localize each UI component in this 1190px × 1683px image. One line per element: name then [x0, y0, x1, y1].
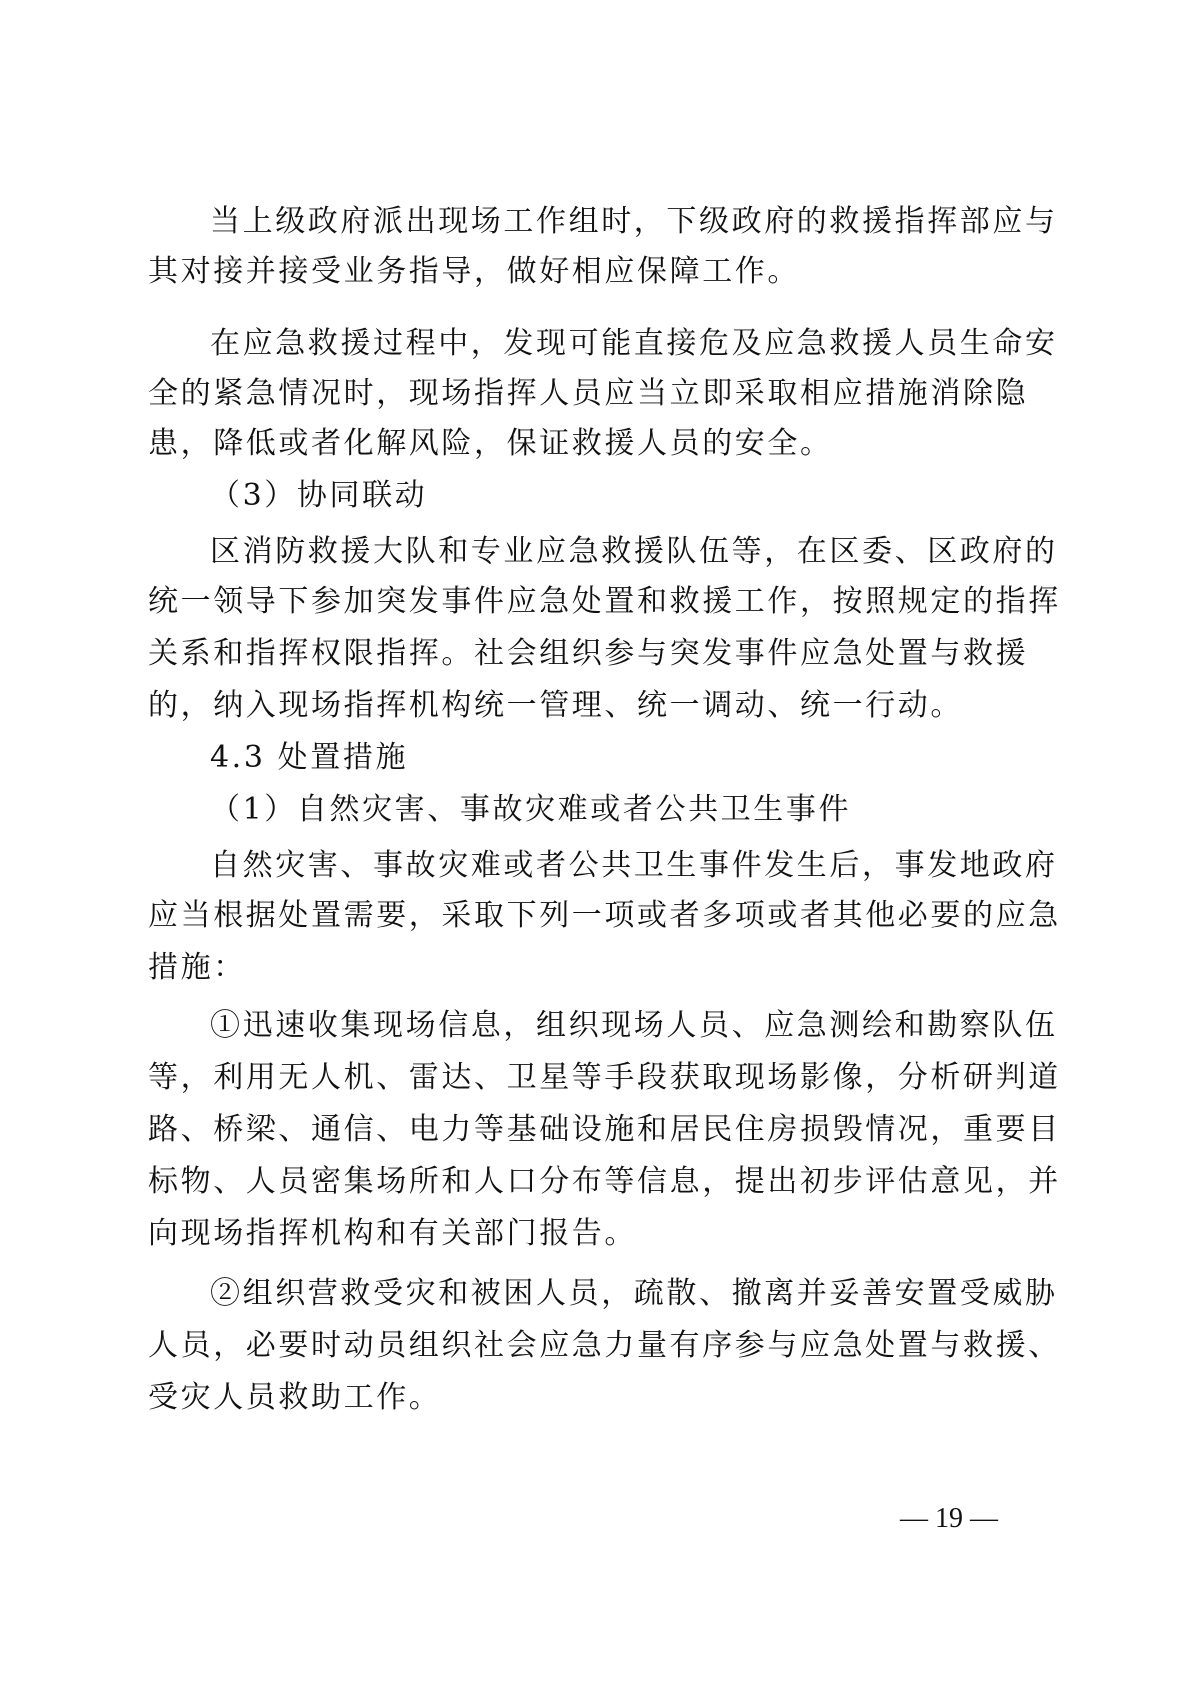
- text-line: 措施：: [148, 948, 246, 988]
- text-line: 全的紧急情况时，现场指挥人员应当立即采取相应措施消除隐: [148, 374, 1028, 414]
- text-line: 患，降低或者化解风险，保证救援人员的安全。: [148, 424, 833, 464]
- text-line: 当上级政府派出现场工作组时，下级政府的救援指挥部应与: [210, 202, 1058, 242]
- text-line: （1）自然灾害、事故灾难或者公共卫生事件: [210, 790, 851, 830]
- document-page: 当上级政府派出现场工作组时，下级政府的救援指挥部应与其对接并接受业务指导，做好相…: [0, 0, 1190, 1683]
- text-line: 应当根据处置需要，采取下列一项或者多项或者其他必要的应急: [148, 896, 1061, 936]
- text-line: 关系和指挥权限指挥。社会组织参与突发事件应急处置与救援: [148, 634, 1028, 674]
- text-line: 受灾人员救助工作。: [148, 1378, 441, 1418]
- text-line: 其对接并接受业务指导，做好相应保障工作。: [148, 252, 800, 292]
- text-line: 人员，必要时动员组织社会应急力量有序参与应急处置与救援、: [148, 1326, 1061, 1366]
- text-line: 标物、人员密集场所和人口分布等信息，提出初步评估意见，并: [148, 1162, 1061, 1202]
- text-line: 区消防救援大队和专业应急救援队伍等，在区委、区政府的: [210, 532, 1058, 572]
- text-line: 自然灾害、事故灾难或者公共卫生事件发生后，事发地政府: [210, 846, 1058, 886]
- text-line: ①迅速收集现场信息，组织现场人员、应急测绘和勘察队伍: [210, 1006, 1058, 1046]
- text-line: 在应急救援过程中，发现可能直接危及应急救援人员生命安: [210, 324, 1058, 364]
- text-line: 4.3 处置措施: [210, 738, 408, 778]
- text-line: ②组织营救受灾和被困人员，疏散、撤离并妥善安置受威胁: [210, 1274, 1058, 1314]
- text-line: 的，纳入现场指挥机构统一管理、统一调动、统一行动。: [148, 686, 963, 726]
- text-line: 统一领导下参加突发事件应急处置和救援工作，按照规定的指挥: [148, 582, 1061, 622]
- page-number: — 19 —: [900, 1503, 998, 1535]
- text-line: 路、桥梁、通信、电力等基础设施和居民住房损毁情况，重要目: [148, 1110, 1061, 1150]
- text-line: 等，利用无人机、雷达、卫星等手段获取现场影像，分析研判道: [148, 1058, 1061, 1098]
- text-line: （3）协同联动: [210, 476, 427, 516]
- text-line: 向现场指挥机构和有关部门报告。: [148, 1214, 637, 1254]
